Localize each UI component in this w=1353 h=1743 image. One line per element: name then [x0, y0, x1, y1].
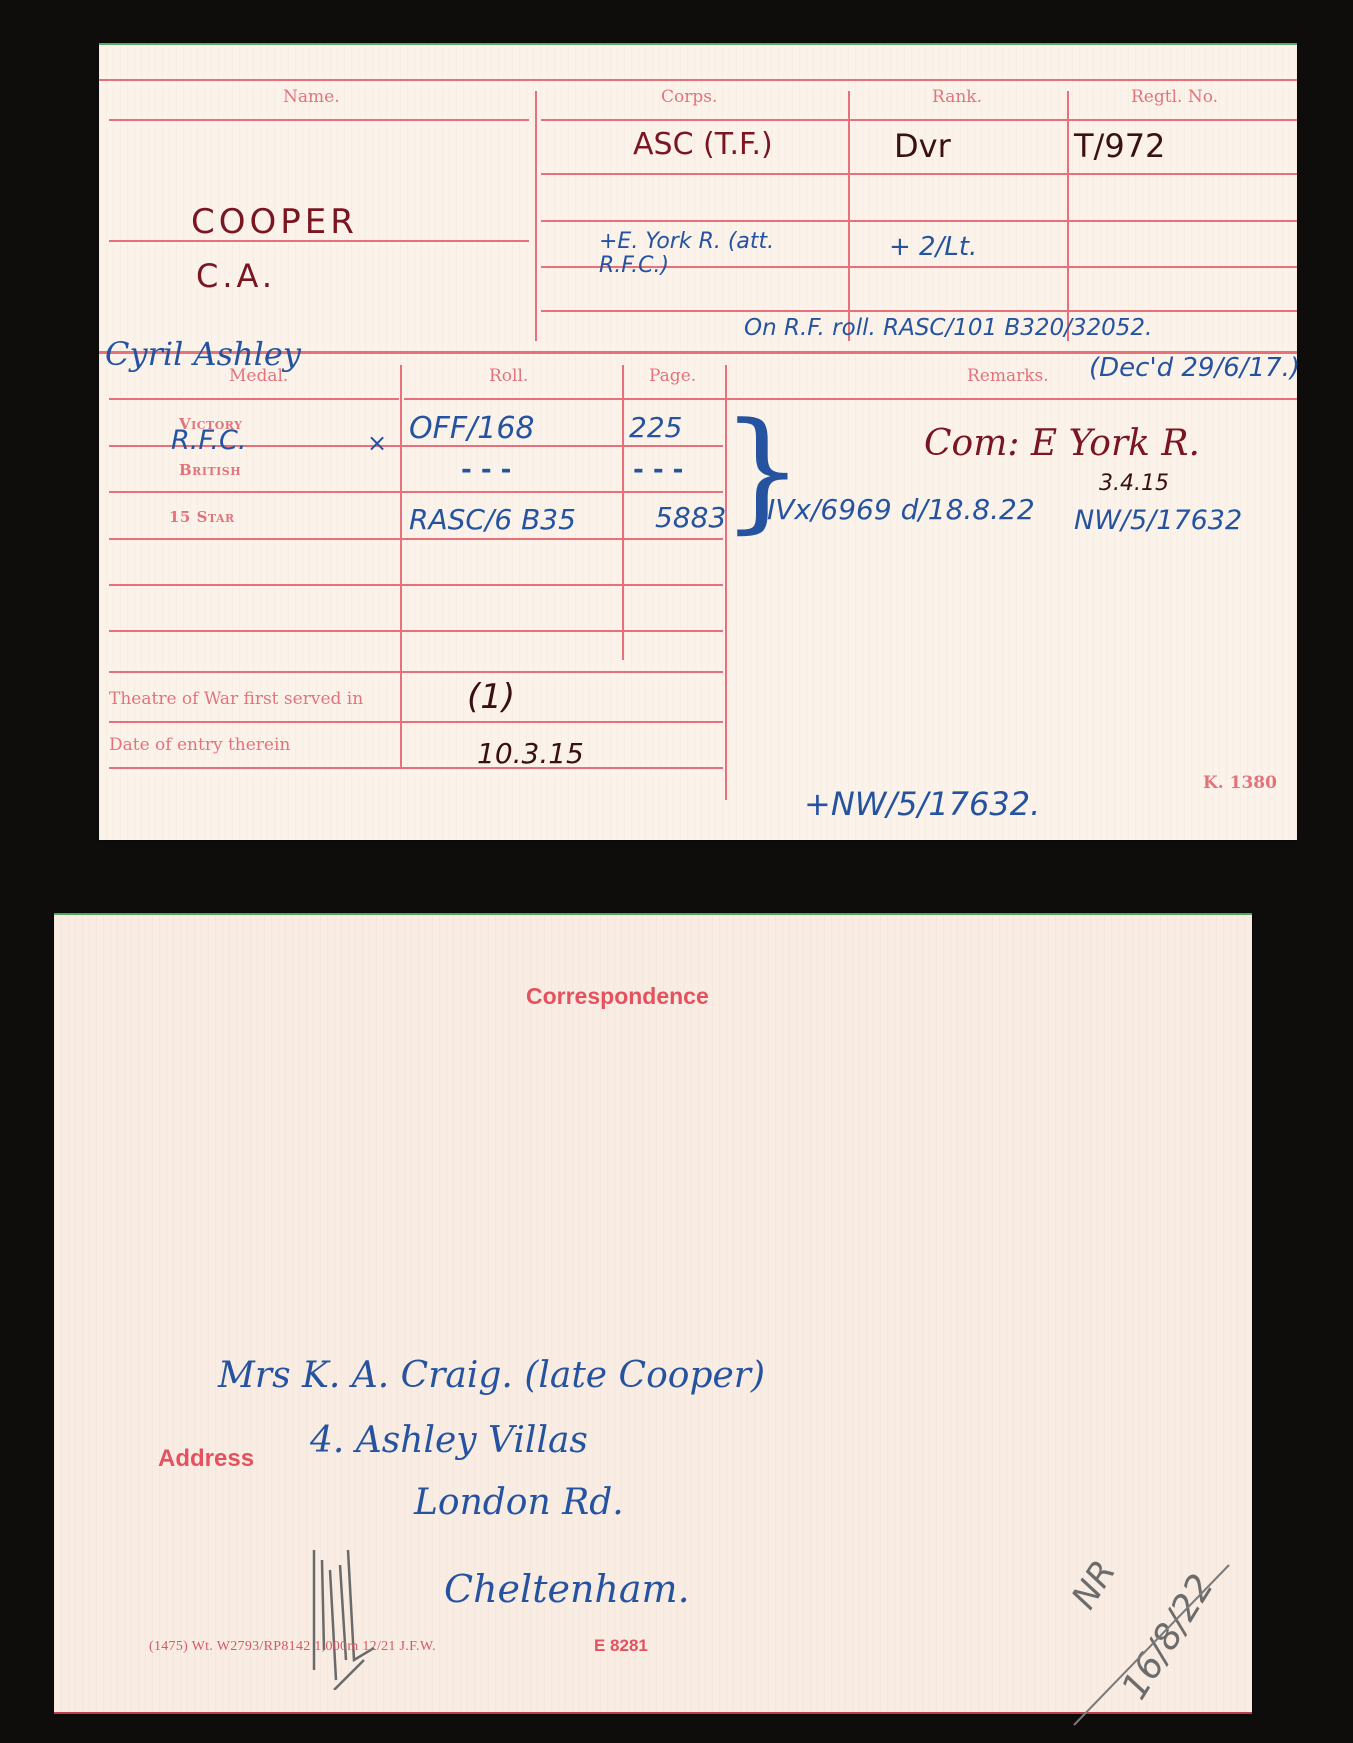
- name-header: Name.: [283, 87, 340, 107]
- regtl-no-header: Regtl. No.: [1131, 87, 1218, 107]
- rule: [541, 173, 1297, 175]
- corps-header: Corps.: [661, 87, 717, 107]
- divider: [400, 365, 402, 768]
- rank-value-2: + 2/Lt.: [889, 232, 977, 262]
- medal-british-page: - - -: [633, 455, 683, 485]
- top-rule: [99, 79, 1297, 81]
- address-line-2: 4. Ashley Villas: [310, 1420, 588, 1461]
- rule: [109, 119, 529, 121]
- entry-date-value: 10.3.15: [477, 737, 584, 770]
- remarks-commission: Com: E York R.: [924, 423, 1200, 464]
- medal-star-page: 5883: [655, 501, 726, 534]
- rule: [109, 630, 723, 632]
- medal-star-label: 15 Star: [169, 508, 235, 526]
- corps-value-2: +E. York R. (att. R.F.C.): [599, 230, 849, 278]
- page-header: Page.: [649, 366, 696, 386]
- pencil-scribble-icon: [294, 1530, 394, 1690]
- rule: [109, 671, 723, 673]
- footer-code: E 8281: [594, 1636, 648, 1656]
- medal-victory-mark: ×: [367, 429, 387, 457]
- address-line-3: London Rd.: [414, 1482, 624, 1523]
- divider: [1067, 91, 1069, 341]
- remarks-date: 3.4.15: [1099, 471, 1169, 496]
- rule: [109, 398, 399, 400]
- medal-victory-annotation: R.F.C.: [171, 425, 246, 456]
- rule: [109, 538, 723, 540]
- surname: COOPER: [191, 202, 358, 242]
- rank-value-1: Dvr: [894, 127, 951, 165]
- theatre-label: Theatre of War first served in: [109, 689, 363, 709]
- remarks-deceased: (Dec'd 29/6/17.): [1089, 353, 1300, 383]
- address-line-4: Cheltenham.: [444, 1567, 690, 1611]
- address-line-1: Mrs K. A. Craig. (late Cooper): [218, 1355, 765, 1396]
- initials: C.A.: [196, 257, 276, 295]
- remarks-reference: IVx/6969 d/18.8.22: [767, 493, 1035, 526]
- medal-british-label: British: [179, 461, 241, 479]
- medal-victory-page: 225: [629, 411, 682, 444]
- divider: [622, 365, 624, 660]
- medal-star-roll: RASC/6 B35: [409, 503, 576, 536]
- rule: [109, 584, 723, 586]
- bottom-reference: +NW/5/17632.: [804, 785, 1040, 823]
- entry-date-label: Date of entry therein: [109, 735, 290, 755]
- medal-victory-roll: OFF/168: [409, 411, 535, 446]
- form-number: K. 1380: [1203, 773, 1277, 793]
- remarks-header: Remarks.: [967, 366, 1049, 386]
- rule: [541, 310, 1297, 312]
- divider: [535, 91, 537, 341]
- rule: [404, 398, 1297, 400]
- regtl-no-value-1: T/972: [1074, 127, 1165, 165]
- medal-header: Medal.: [229, 366, 288, 386]
- rule: [109, 767, 723, 769]
- pencil-slash-icon: [1064, 1555, 1244, 1735]
- medal-british-roll: - - -: [461, 455, 511, 485]
- address-label: Address: [158, 1445, 254, 1473]
- footer-print-line: (1475) Wt. W2793/RP8142 1,000m 12/21 J.F…: [149, 1639, 436, 1655]
- divider: [848, 91, 850, 341]
- rule: [541, 119, 1297, 121]
- remarks-nw-ref: NW/5/17632: [1074, 505, 1242, 536]
- rank-header: Rank.: [932, 87, 982, 107]
- roll-note: On R.F. roll. RASC/101 B320/32052.: [744, 315, 1152, 341]
- rule: [109, 491, 723, 493]
- theatre-value: (1): [467, 677, 515, 717]
- roll-header: Roll.: [489, 366, 528, 386]
- rule: [109, 721, 723, 723]
- corps-value-1: ASC (T.F.): [633, 127, 773, 162]
- medal-index-card-front: Name. Corps. Rank. Regtl. No. COOPER C.A…: [99, 43, 1297, 840]
- medal-index-card-back: Correspondence Address Mrs K. A. Craig. …: [54, 913, 1252, 1714]
- correspondence-title: Correspondence: [526, 983, 709, 1010]
- rule: [541, 220, 1297, 222]
